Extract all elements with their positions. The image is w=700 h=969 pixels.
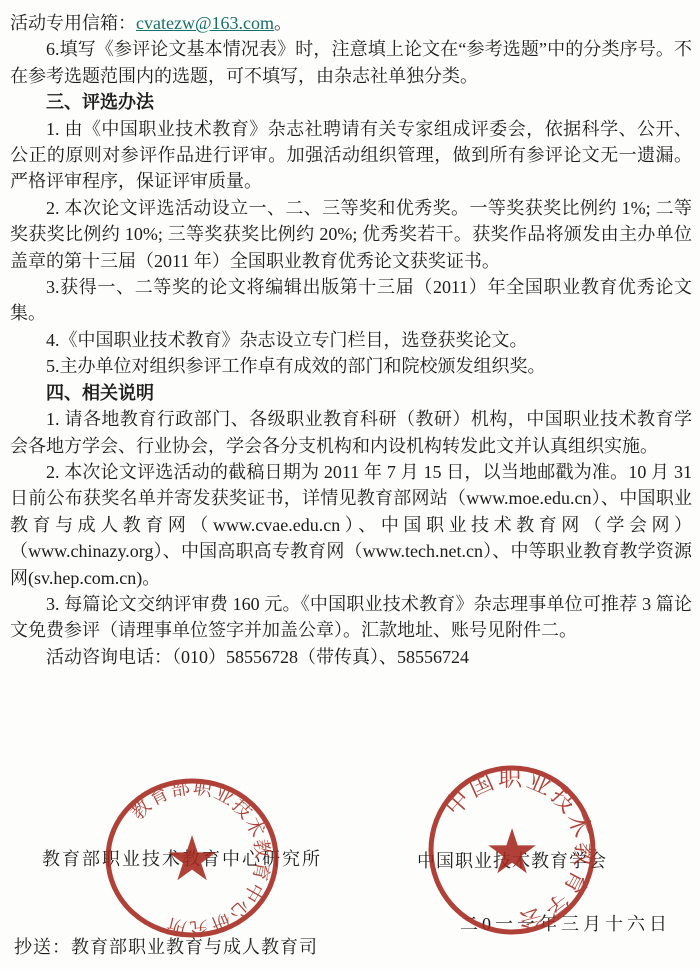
document-body: 活动专用信箱：cvatezw@163.com。 6.填写《参评论文基本情况表》时… [10,10,692,670]
section-4-heading: 四、相关说明 [10,380,692,406]
document-date: 二0一一年三月十六日 [460,910,671,936]
cc-line: 抄送：教育部职业教育与成人教育司 [14,933,318,959]
email-label: 活动专用信箱： [10,13,136,33]
section-4-item-2: 2. 本次论文评选活动的截稿日期为 2011 年 7 月 15 日，以当地邮戳为… [10,459,692,591]
email-period: 。 [274,13,292,33]
section-3-item-3: 3.获得一、二等奖的论文将编辑出版第十三届（2011）年全国职业教育优秀论文集。 [10,274,692,327]
section-3-item-4: 4.《中国职业技术教育》杂志设立专门栏目，选登获奖论文。 [10,327,692,353]
section-3-heading: 三、评选办法 [10,89,692,115]
section-3-item-2: 2. 本次论文评选活动设立一、二、三等奖和优秀奖。一等奖获奖比例约 1%; 二等… [10,195,692,274]
section-4-item-3: 3. 每篇论文交纳评审费 160 元。《中国职业技术教育》杂志理事单位可推荐 3… [10,591,692,644]
left-organization-signature: 教育部职业技术教育中心研究所 [42,845,322,871]
email-link[interactable]: cvatezw@163.com [136,13,274,33]
email-line: 活动专用信箱：cvatezw@163.com。 [10,10,692,36]
section-3-item-1: 1. 由《中国职业技术教育》杂志社聘请有关专家组成评委会，依据科学、公开、公正的… [10,116,692,195]
right-organization-signature: 中国职业技术教育学会 [417,847,607,873]
section-3-item-5: 5.主办单位对组织参评工作卓有成效的部门和院校颁发组织奖。 [10,353,692,379]
phone-line: 活动咨询电话：（010）58556728（带传真）、58556724 [10,644,692,670]
paragraph-item-6: 6.填写《参评论文基本情况表》时，注意填上论文在“参考选题”中的分类序号。不在参… [10,36,692,89]
section-4-item-1: 1. 请各地教育行政部门、各级职业教育科研（教研）机构，中国职业技术教育学会各地… [10,406,692,459]
